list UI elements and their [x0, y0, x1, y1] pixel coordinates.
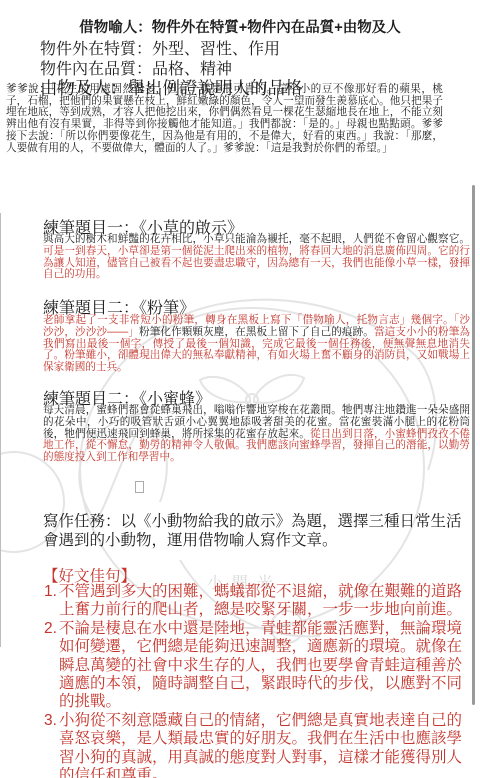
- good-sentence-item: 3.小狗從不刻意隱藏自己的情緒，它們總是真實地表達自己的喜怒哀樂，是人類最忠實的…: [44, 712, 465, 778]
- list-item-number: 2.: [44, 620, 59, 638]
- practice-section-body-chalk: 老師拿起了一支非常短小的粉筆，轉身在黑板上寫下「借物喻人，托物言志」幾個字。「沙…: [43, 315, 470, 374]
- intro-paragraph: 爹爹說：「花生的用處固然很多，但有一樣是很可貴的。這小小的豆不像那好看的蘋果，桃…: [6, 84, 443, 154]
- text-segment-red: 可是一到春天，小草卻是第一個從泥土爬出來的植物，將春回大地的消息廣佈四周。它的行…: [43, 245, 470, 281]
- list-item-text: 小狗從不刻意隱藏自己的情緒，它們總是真實地表達自己的喜怒哀樂，是人類最忠實的好朋…: [59, 712, 462, 778]
- text-segment-black: 粉筆化作顆顆灰塵，在黑板上留下了自己的痕跡。: [139, 326, 374, 338]
- list-item-text: 不管遇到多大的困難，螞蟻都從不退縮，就像在艱難的道路上奮力前行的爬山者，總是咬緊…: [59, 583, 462, 618]
- practice-section-body-bee: 每天清晨，蜜蜂們都會從蜂巢飛出，嗡嗡作響地穿梭在花叢間。牠們專注地鑽進一朵朵盛開…: [43, 405, 470, 464]
- list-item-text: 不論是棲息在水中還是陸地，青蛙都能靈活應對，無論環境如何變遷，它們總是能夠迅速調…: [59, 620, 462, 711]
- empty-glyph-box: [135, 481, 144, 493]
- scrollbar-track[interactable]: [470, 0, 480, 778]
- page-edge-line: [0, 213, 1, 647]
- good-sentences-list: 1.不管遇到多大的困難，螞蟻都從不退縮，就像在艱難的道路上奮力前行的爬山者，總是…: [44, 583, 465, 778]
- practice-section-body-grass: 與高大的樹木和鮮豔的花卉相比，小草只能淪為襯托，毫不起眼，人們從不會留心觀察它。…: [43, 234, 470, 281]
- writing-task: 寫作任務：以《小動物給我的啟示》為題，選擇三種日常生活會遇到的小動物，運用借物喻…: [43, 513, 467, 550]
- good-sentence-item: 1.不管遇到多大的困難，螞蟻都從不退縮，就像在艱難的道路上奮力前行的爬山者，總是…: [44, 583, 465, 620]
- scrollbar-thumb[interactable]: [472, 185, 475, 705]
- worksheet-page: 小閱光 借物喻人：物件外在特質+物件內在品質+由物及人 物件外在特質：外型、習性…: [0, 0, 480, 778]
- document-title: 借物喻人：物件外在特質+物件內在品質+由物及人: [0, 16, 480, 37]
- document-content: 借物喻人：物件外在特質+物件內在品質+由物及人 物件外在特質：外型、習性、作用 …: [0, 0, 480, 778]
- text-segment-black: 與高大的樹木和鮮豔的花卉相比，小草只能淪為襯托，毫不起眼，人們從不會留心觀察它。: [43, 233, 470, 245]
- list-item-number: 3.: [44, 712, 59, 730]
- good-sentence-item: 2.不論是棲息在水中還是陸地，青蛙都能靈活應對，無論環境如何變遷，它們總是能夠迅…: [44, 620, 465, 712]
- list-item-number: 1.: [44, 583, 59, 601]
